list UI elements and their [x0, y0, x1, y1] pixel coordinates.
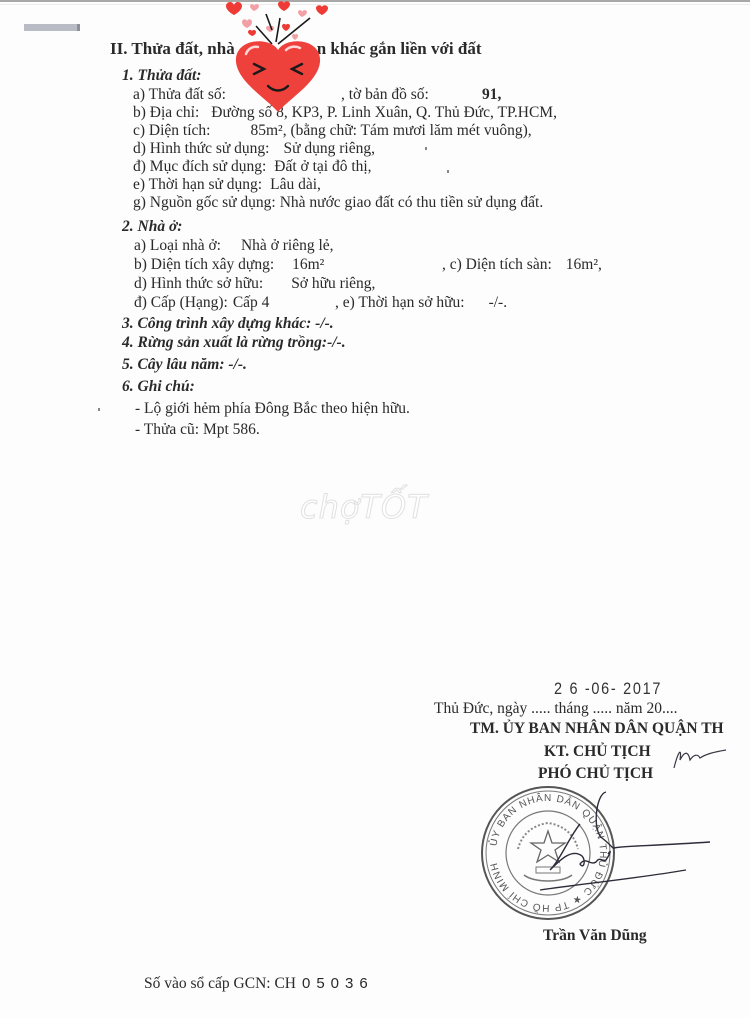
origin-row: g) Nguồn gốc sử dụng:Nhà nước giao đất c…	[133, 194, 543, 212]
gcn-label: Số vào sổ cấp GCN: CH	[144, 975, 296, 992]
land-parcel-row: a) Thửa đất số:	[133, 86, 226, 104]
heart-emoji-sticker	[222, 0, 334, 112]
origin-value: Nhà nước giao đất có thu tiền sử dụng đấ…	[280, 194, 543, 211]
house-type-value: Nhà ở riêng lẻ,	[241, 237, 334, 254]
scan-marker	[24, 24, 80, 31]
initials-signature	[668, 742, 728, 772]
other-works: 3. Công trình xây dựng khác: -/-.	[122, 315, 334, 333]
note-item: - Thửa cũ: Mpt 586.	[135, 421, 260, 439]
own-term-value: -/-.	[489, 294, 508, 311]
built-area-label: b) Diện tích xây dựng:	[134, 256, 274, 273]
house-type-row: a) Loại nhà ở:Nhà ở riêng lẻ,	[134, 237, 334, 255]
area-label: c) Diện tích:	[133, 122, 210, 139]
term-row: e) Thời hạn sử dụng:Lâu dài,	[133, 176, 321, 194]
use-form-label: d) Hình thức sử dụng:	[133, 140, 270, 157]
use-form-value: Sử dụng riêng,	[284, 140, 376, 157]
section-title-left: II. Thửa đất, nhà	[110, 39, 235, 58]
house-heading: 2. Nhà ở:	[122, 218, 182, 236]
stamped-date: 2 6 -06- 2017	[554, 679, 662, 699]
section-title-right: n khác gắn liền với đất	[317, 39, 482, 58]
origin-label: g) Nguồn gốc sử dụng:	[133, 194, 276, 211]
gcn-register-line: Số vào sổ cấp GCN: CH05036	[144, 975, 374, 993]
place-date-line: Thủ Đức, ngày ..... tháng ..... năm 20..…	[434, 700, 677, 718]
chotot-watermark: chợTỐT	[300, 488, 428, 526]
top-border	[0, 0, 750, 2]
floor-area-value: 16m²,	[566, 256, 602, 273]
authority: TM. ỦY BAN NHÂN DÂN QUẬN TH	[470, 720, 724, 738]
signer-name: Trần Văn Dũng	[543, 927, 647, 945]
area-row: c) Diện tích:85m², (bằng chữ: Tám mươi l…	[133, 122, 532, 140]
handwritten-signature	[540, 790, 720, 910]
production-forest: 4. Rừng sản xuất là rừng trồng:-/-.	[122, 334, 346, 352]
parcel-label: a) Thửa đất số:	[133, 86, 226, 103]
purpose-value: Đất ở tại đô thị,	[274, 158, 371, 175]
map-sheet-row: , tờ bản đồ số:	[341, 86, 429, 104]
area-value: 85m², (bằng chữ: Tám mươi lăm mét vuông)…	[250, 122, 531, 139]
ownership-label: d) Hình thức sở hữu:	[134, 275, 263, 292]
position-title: PHÓ CHỦ TỊCH	[538, 765, 653, 783]
floor-area-label: , c) Diện tích sàn:	[442, 256, 552, 273]
built-area-row: b) Diện tích xây dựng:16m²	[134, 256, 324, 274]
scan-speck	[98, 408, 100, 411]
top-border-shadow	[0, 4, 750, 5]
floor-area-row: , c) Diện tích sàn:16m²,	[442, 256, 602, 274]
land-heading: 1. Thửa đất:	[122, 67, 201, 85]
ownership-row: d) Hình thức sở hữu:Sở hữu riêng,	[134, 275, 375, 293]
map-sheet-value: 91,	[482, 86, 501, 104]
own-term-row: , e) Thời hạn sở hữu:-/-.	[335, 294, 507, 312]
grade-label: đ) Cấp (Hạng):	[134, 294, 228, 311]
address-label: b) Địa chỉ:	[133, 104, 199, 121]
own-term-label: , e) Thời hạn sở hữu:	[335, 294, 465, 311]
notes-heading: 6. Ghi chú:	[122, 378, 195, 396]
grade-row: đ) Cấp (Hạng):Cấp 4	[134, 294, 269, 312]
term-value: Lâu dài,	[270, 176, 321, 193]
purpose-label: đ) Mục đích sử dụng:	[133, 158, 266, 175]
grade-value: Cấp 4	[233, 294, 270, 311]
on-behalf: KT. CHỦ TỊCH	[544, 743, 651, 761]
use-form-row: d) Hình thức sử dụng:Sử dụng riêng,	[133, 140, 375, 158]
scan-speck	[447, 170, 449, 173]
house-type-label: a) Loại nhà ở:	[134, 237, 221, 254]
address-row: b) Địa chỉ:Đường số 8, KP3, P. Linh Xuân…	[133, 104, 557, 122]
gcn-number: 05036	[302, 975, 374, 992]
perennial-trees: 5. Cây lâu năm: -/-.	[122, 356, 247, 374]
term-label: e) Thời hạn sử dụng:	[133, 176, 262, 193]
note-item: - Lộ giới hẻm phía Đông Bắc theo hiện hữ…	[135, 400, 410, 418]
purpose-row: đ) Mục đích sử dụng:Đất ở tại đô thị,	[133, 158, 372, 176]
scan-speck	[425, 147, 427, 150]
built-area-value: 16m²	[292, 256, 324, 273]
ownership-value: Sở hữu riêng,	[291, 275, 375, 292]
map-sheet-label: , tờ bản đồ số:	[341, 86, 429, 103]
